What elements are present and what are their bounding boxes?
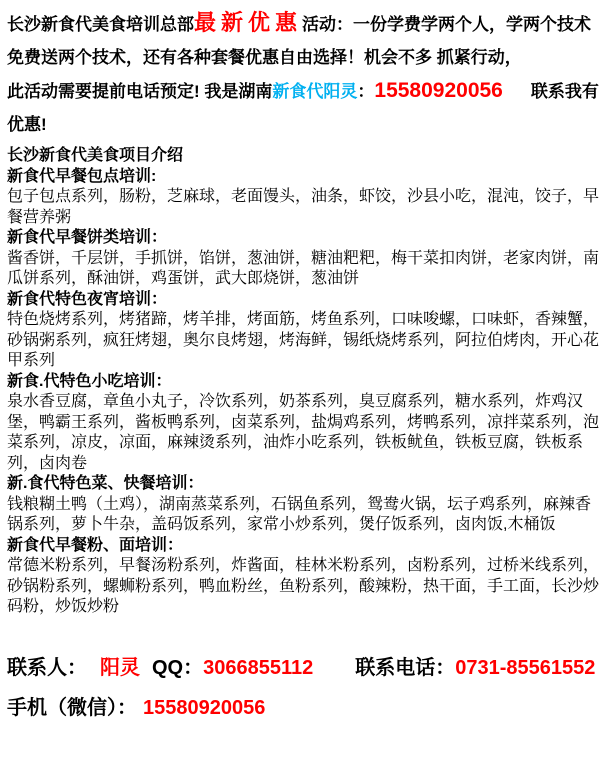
qq-number: 3066855112	[203, 657, 313, 679]
contact-row-2: 手机（微信）：15580920056	[7, 695, 604, 721]
mobile-number: 15580920056	[143, 697, 265, 719]
intro-title: 长沙新食代美食项目介绍	[7, 146, 604, 167]
qq-label: QQ：	[152, 657, 203, 679]
contact-person-name: 阳灵	[100, 657, 140, 679]
section-heading-noodles: 新食代早餐粉、面培训：	[7, 536, 604, 557]
section-items-dishes-fastfood: 钱粮糊土鸭（土鸡），湖南蒸菜系列，石锅鱼系列，鸳鸯火锅，坛子鸡系列，麻辣香锅系列…	[7, 495, 604, 536]
section-items-snacks: 泉水香豆腐，章鱼小丸子，冷饮系列，奶茶系列，臭豆腐系列，糖水系列，炸鸡汉堡，鸭霸…	[7, 392, 604, 474]
contact-row-1: 联系人：阳灵QQ：3066855112联系电话：0731-85561552	[7, 655, 604, 681]
section-items-breakfast-bing: 酱香饼，千层饼，手抓饼，馅饼，葱油饼，糖油粑粑，梅干菜扣肉饼，老家肉饼，南瓜饼系…	[7, 249, 604, 290]
section-heading-breakfast-baozi: 新食代早餐包点培训:	[7, 167, 604, 188]
document-page: 长沙新食代美食培训总部最新优惠活动：一份学费学两个人，学两个技术免费送两个技术，…	[0, 0, 612, 721]
section-items-nightsnack: 特色烧烤系列，烤猪蹄，烤羊排，烤面筋，烤鱼系列，口味唆螺，口味虾，香辣蟹，砂锅粥…	[7, 310, 604, 372]
contact-section: 联系人：阳灵QQ：3066855112联系电话：0731-85561552 手机…	[7, 655, 604, 721]
promo-paragraph: 长沙新食代美食培训总部最新优惠活动：一份学费学两个人，学两个技术免费送两个技术，…	[7, 6, 604, 74]
booking-phone-number: 15580920056	[374, 79, 502, 102]
promo-highlight: 最新优惠	[194, 10, 302, 35]
section-heading-snacks: 新食.代特色小吃培训：	[7, 372, 604, 393]
booking-paragraph: 此活动需要提前电话预定! 我是湖南新食代阳灵：15580920056联系我有优惠…	[7, 74, 604, 141]
booking-colon: ：	[357, 82, 374, 101]
section-items-breakfast-baozi: 包子包点系列，肠粉，芝麻球，老面馒头，油条，虾饺，沙县小吃，混沌，饺子，早餐营养…	[7, 187, 604, 228]
brand-name: 新食代阳灵	[272, 82, 357, 101]
booking-text-start: 此活动需要提前电话预定! 我是湖南	[7, 82, 272, 101]
project-list: 长沙新食代美食项目介绍 新食代早餐包点培训: 包子包点系列，肠粉，芝麻球，老面馒…	[7, 146, 604, 618]
phone-number: 0731-85561552	[455, 657, 595, 679]
section-heading-breakfast-bing: 新食代早餐饼类培训：	[7, 228, 604, 249]
mobile-label: 手机（微信）：	[7, 697, 137, 719]
section-heading-dishes-fastfood: 新.食代特色菜、快餐培训：	[7, 474, 604, 495]
contact-person-label: 联系人：	[7, 657, 87, 679]
promo-text-start: 长沙新食代美食培训总部	[7, 15, 194, 34]
section-items-noodles: 常德米粉系列，早餐汤粉系列，炸酱面，桂林米粉系列，卤粉系列，过桥米线系列，砂锅粉…	[7, 556, 604, 618]
section-heading-nightsnack: 新食代特色夜宵培训：	[7, 290, 604, 311]
phone-label: 联系电话：	[355, 657, 455, 679]
